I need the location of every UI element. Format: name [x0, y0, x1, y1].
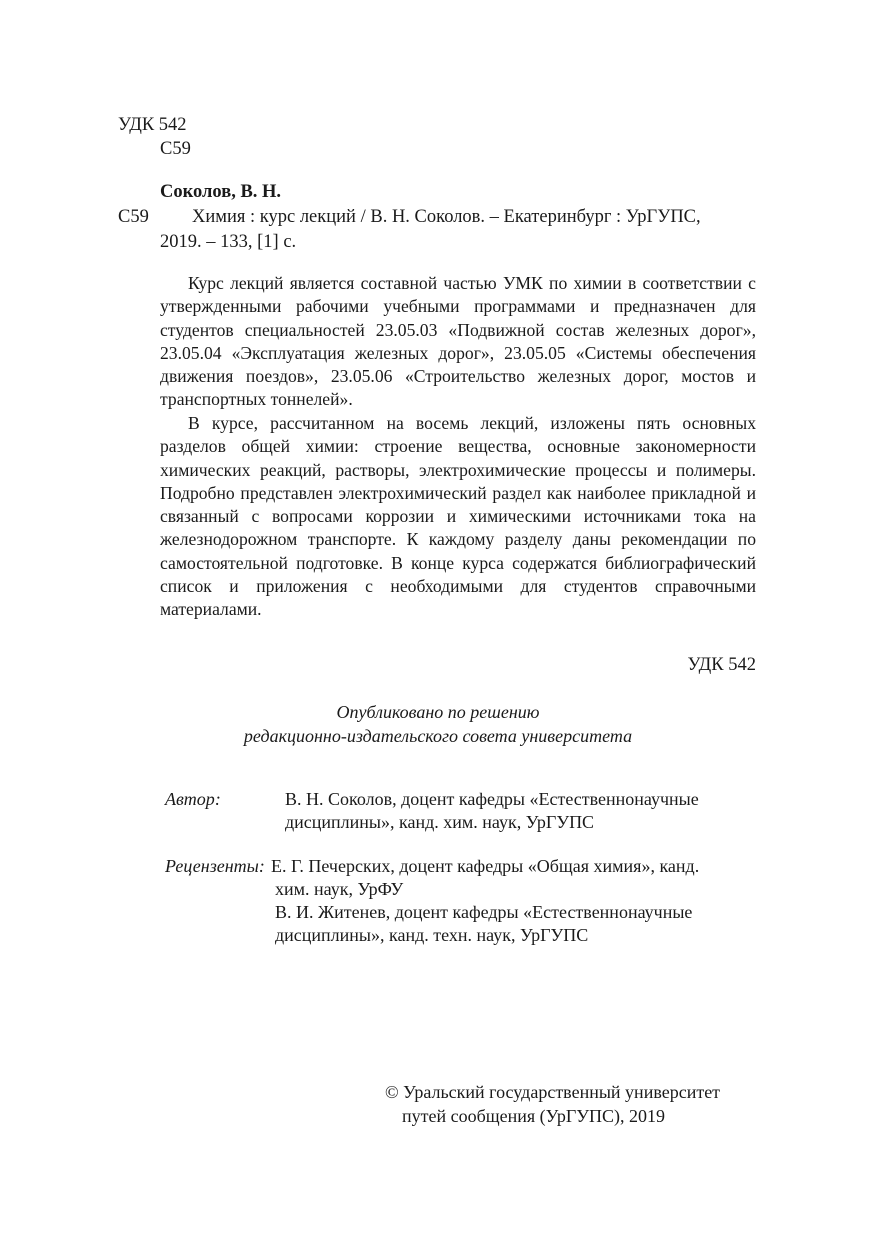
reviewer-line: хим. наук, УрФУ — [275, 878, 699, 901]
publication-note: Опубликовано по решению редакционно-изда… — [160, 700, 716, 748]
reviewer-line: дисциплины», канд. техн. наук, УрГУПС — [275, 924, 699, 947]
reviewers-label: Рецензенты: — [165, 855, 265, 878]
author-credit: Автор: В. Н. Соколов, доцент кафедры «Ес… — [165, 788, 765, 848]
reviewer-line: Е. Г. Печерских, доцент кафедры «Общая х… — [271, 855, 699, 878]
author-details-line: дисциплины», канд. хим. наук, УрГУПС — [285, 811, 699, 834]
bibliographic-description-line-2: 2019. – 133, [1] с. — [160, 230, 296, 254]
copyright-line-2: путей сообщения (УрГУПС), 2019 — [402, 1104, 665, 1128]
reviewers-credit: Рецензенты: Е. Г. Печерских, доцент кафе… — [165, 855, 765, 955]
udk-index: УДК 542 — [118, 113, 187, 137]
abstract-text-2: В курсе, рассчитанном на восемь лекций, … — [160, 412, 756, 622]
abstract-paragraph-1: Курс лекций является составной частью УМ… — [160, 272, 756, 412]
author-details: В. Н. Соколов, доцент кафедры «Естествен… — [285, 788, 699, 834]
reviewers-details: Е. Г. Печерских, доцент кафедры «Общая х… — [275, 855, 699, 947]
author-details-line: В. Н. Соколов, доцент кафедры «Естествен… — [285, 788, 699, 811]
udk-index-right: УДК 542 — [687, 653, 756, 677]
abstract-paragraph-2: В курсе, рассчитанном на восемь лекций, … — [160, 412, 756, 622]
abstract-text-1: Курс лекций является составной частью УМ… — [160, 272, 756, 412]
author-label: Автор: — [165, 788, 221, 811]
copyright-line-1: © Уральский государственный университет — [385, 1080, 720, 1104]
author-sign-code-left: С59 — [118, 205, 149, 229]
publication-note-line-1: Опубликовано по решению — [160, 700, 716, 724]
author-sign-code: С59 — [160, 137, 191, 161]
publication-note-line-2: редакционно-издательского совета универс… — [160, 724, 716, 748]
bibliographic-description-line-1: Химия : курс лекций / В. Н. Соколов. – Е… — [192, 205, 701, 229]
author-heading: Соколов, В. Н. — [160, 180, 281, 204]
reviewer-line: В. И. Житенев, доцент кафедры «Естествен… — [275, 901, 699, 924]
